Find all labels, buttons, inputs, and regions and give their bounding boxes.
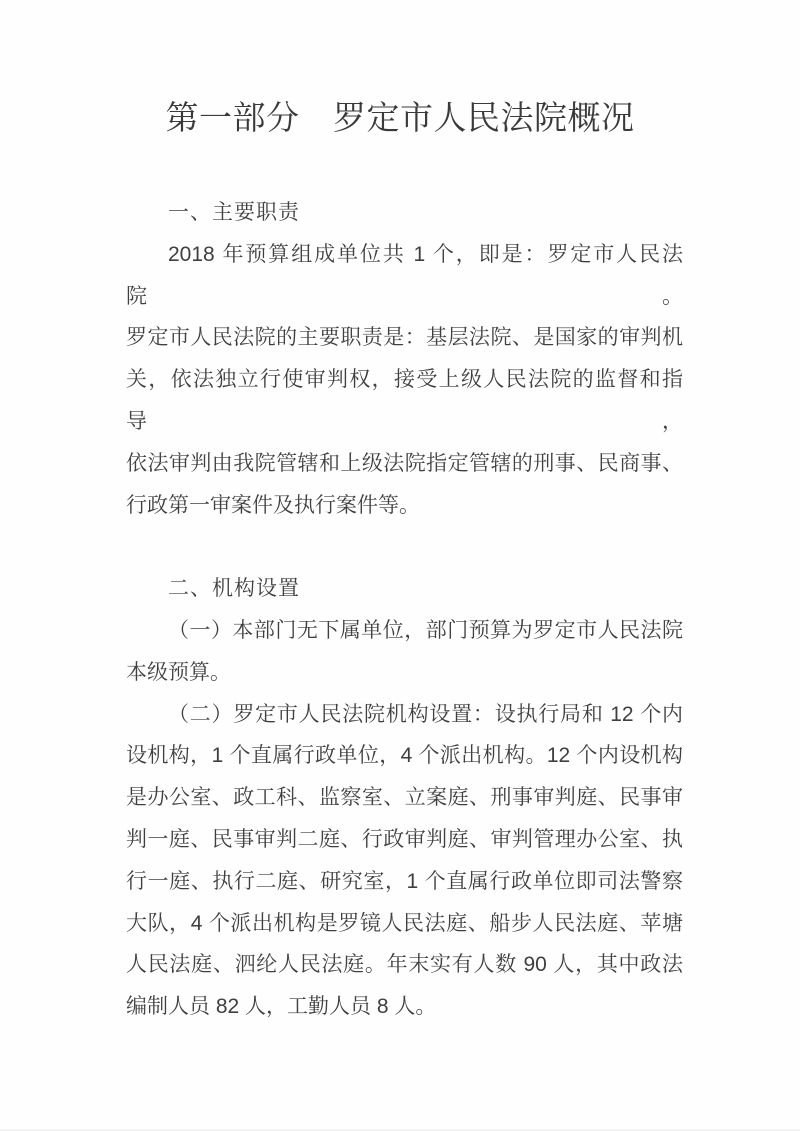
text-line: 人民法庭、泗纶人民法庭。年末实有人数 90 人，其中政法	[126, 944, 683, 986]
text-line: 关，依法独立行使审判权，接受上级人民法院的监督和指导，	[126, 359, 683, 443]
document-body: 一、主要职责2018 年预算组成单位共 1 个，即是：罗定市人民法院。罗定市人民…	[126, 192, 683, 1028]
text-line: 依法审判由我院管辖和上级法院指定管辖的刑事、民商事、	[126, 443, 683, 485]
text-line: 大队，4 个派出机构是罗镜人民法庭、船步人民法庭、苹塘	[126, 903, 683, 945]
text-line: 是办公室、政工科、监察室、立案庭、刑事审判庭、民事审	[126, 777, 683, 819]
paragraph: 2018 年预算组成单位共 1 个，即是：罗定市人民法院。罗定市人民法院的主要职…	[126, 234, 683, 527]
text-line: 编制人员 82 人，工勤人员 8 人。	[126, 986, 683, 1028]
text-line: 2018 年预算组成单位共 1 个，即是：罗定市人民法院。	[126, 234, 683, 318]
section: 二、机构设置（一）本部门无下属单位，部门预算为罗定市人民法院本级预算。（二）罗定…	[126, 568, 683, 1028]
text-line: 行政第一审案件及执行案件等。	[126, 485, 683, 527]
section-heading: 二、机构设置	[126, 568, 683, 610]
section: 一、主要职责2018 年预算组成单位共 1 个，即是：罗定市人民法院。罗定市人民…	[126, 192, 683, 526]
paragraph: （二）罗定市人民法院机构设置：设执行局和 12 个内设机构，1 个直属行政单位，…	[126, 694, 683, 1028]
section-heading: 一、主要职责	[126, 192, 683, 234]
text-line: 本级预算。	[126, 652, 683, 694]
paragraph: （一）本部门无下属单位，部门预算为罗定市人民法院本级预算。	[126, 610, 683, 694]
text-line: 设机构，1 个直属行政单位，4 个派出机构。12 个内设机构	[126, 735, 683, 777]
text-line: 行一庭、执行二庭、研究室，1 个直属行政单位即司法警察	[126, 861, 683, 903]
scanned-document-page: 第一部分 罗定市人民法院概况 一、主要职责2018 年预算组成单位共 1 个，即…	[0, 0, 800, 1131]
text-line: 判一庭、民事审判二庭、行政审判庭、审判管理办公室、执	[126, 819, 683, 861]
document-title: 第一部分 罗定市人民法院概况	[0, 96, 800, 140]
text-line: （一）本部门无下属单位，部门预算为罗定市人民法院	[126, 610, 683, 652]
text-line: （二）罗定市人民法院机构设置：设执行局和 12 个内	[126, 694, 683, 736]
text-line: 罗定市人民法院的主要职责是：基层法院、是国家的审判机	[126, 317, 683, 359]
